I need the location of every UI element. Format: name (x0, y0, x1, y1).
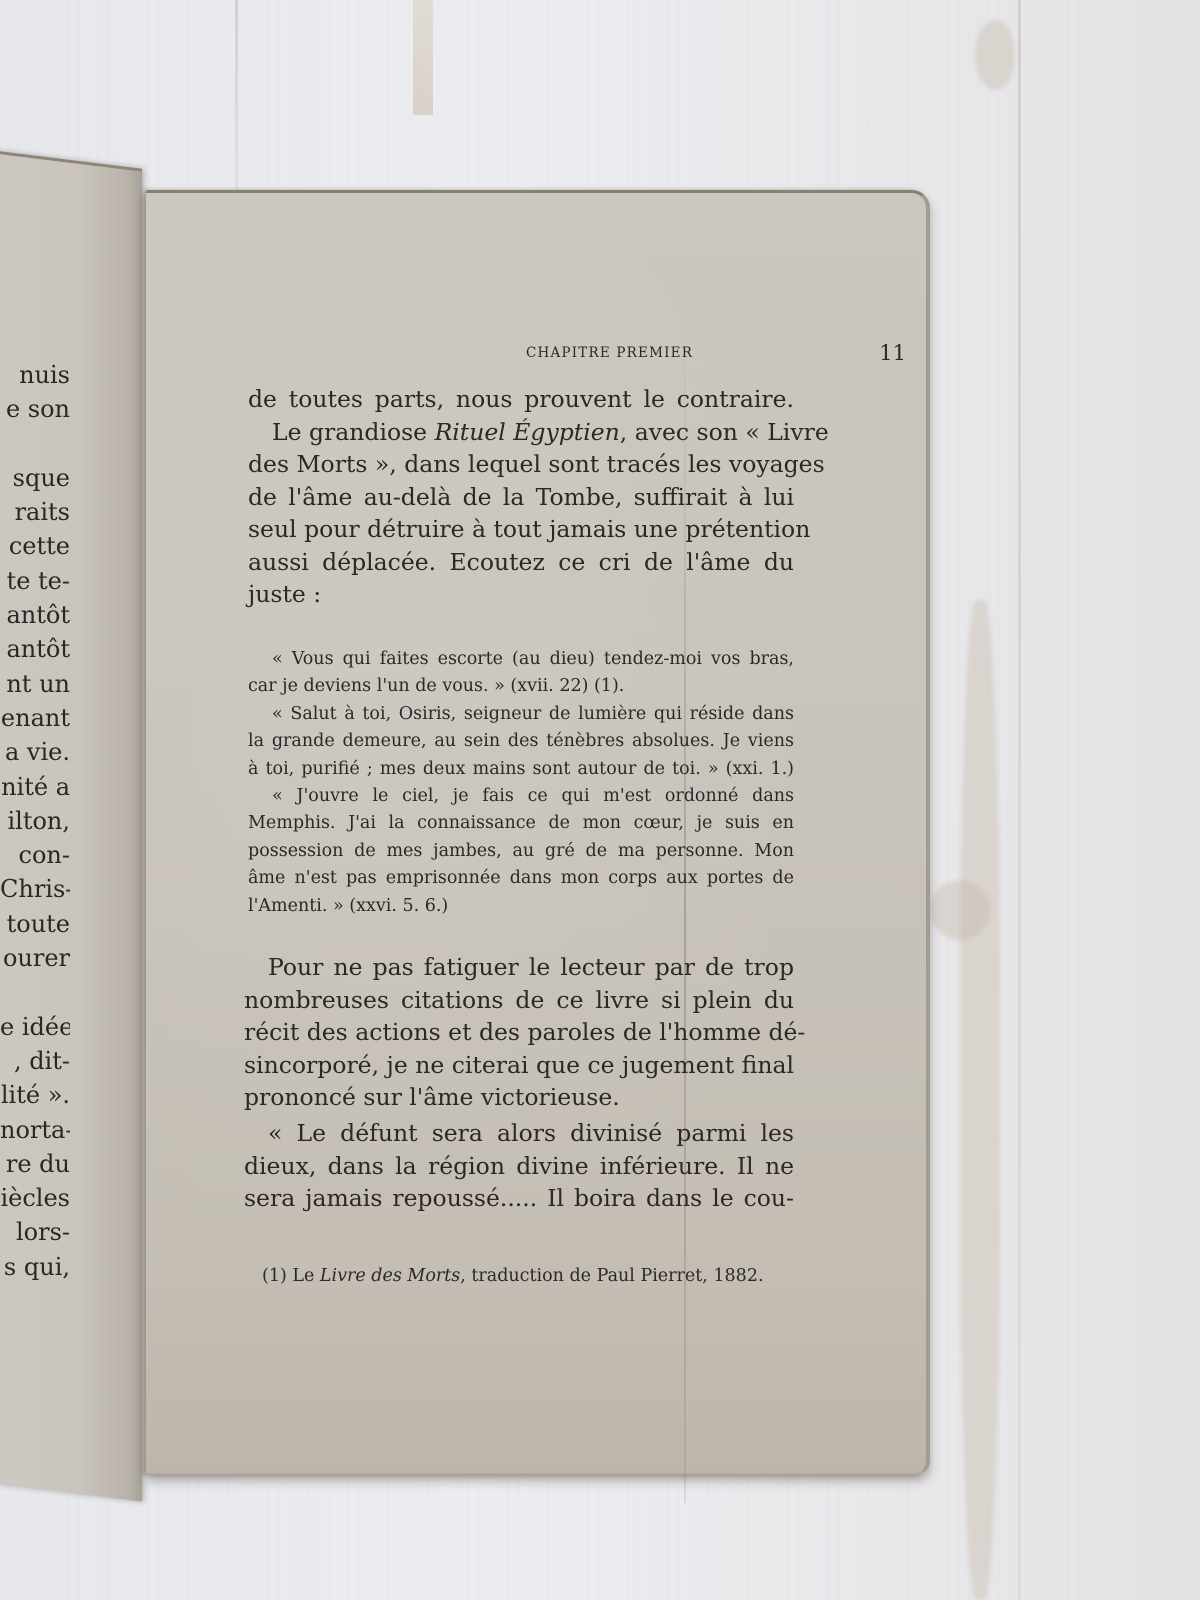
left-line: lité ». (0, 1078, 70, 1112)
text-line: « Le défunt sera alors divinisé parmi le… (244, 1117, 794, 1150)
italic-title-rituel-egyptien: Rituel Égyptien (435, 418, 620, 446)
text-line: de l'âme au-delà de la Tombe, suffirait … (248, 481, 794, 514)
text-line: seul pour détruire à tout jamais une pré… (248, 513, 794, 546)
left-line: nuis (0, 358, 70, 392)
left-page-text-fragments: nuis e son sque raits cette te te- antôt… (0, 358, 70, 1284)
left-line: toute (0, 907, 70, 941)
page-number: 11 (879, 341, 906, 365)
quote-line: car je deviens l'un de vous. » (xvii. 22… (248, 673, 794, 700)
quote-line: « J'ouvre le ciel, je fais ce qui m'est … (248, 783, 794, 810)
text-line: sera jamais repoussé..... Il boira dans … (244, 1182, 794, 1215)
left-line-gap (0, 427, 70, 461)
left-line: re du (0, 1147, 70, 1181)
paragraph-judgement-quote: « Le défunt sera alors divinisé parmi le… (244, 1117, 794, 1215)
left-line-gap (0, 975, 70, 1009)
text-span: , avec son « Livre (620, 418, 829, 446)
text-line: des Morts », dans lequel sont tracés les… (248, 448, 794, 481)
left-line: s qui, (0, 1250, 70, 1284)
wood-plank-seam (1018, 0, 1021, 1600)
footnote-marker: (1) Le (262, 1266, 320, 1286)
text-line: prononcé sur l'âme victorieuse. (244, 1081, 794, 1114)
wood-knot (413, 0, 433, 115)
left-line: , dit- (0, 1044, 70, 1078)
left-line: raits (0, 495, 70, 529)
left-line: antôt (0, 598, 70, 632)
quote-line: possession de mes jambes, au gré de ma p… (248, 838, 794, 865)
left-line: a vie. (0, 735, 70, 769)
left-line: cette (0, 529, 70, 563)
right-book-page: CHAPITRE PREMIER 11 de toutes parts, nou… (146, 190, 930, 1475)
running-head: CHAPITRE PREMIER 11 (246, 341, 936, 365)
paragraph-citations: Pour ne pas fatiguer le lecteur par de t… (244, 951, 794, 1114)
text-line: dieux, dans la région divine inférieure.… (244, 1150, 794, 1183)
text-line: de toutes parts, nous prouvent le contra… (248, 383, 794, 416)
quote-line: à toi, purifié ; mes deux mains sont aut… (248, 756, 794, 783)
text-span: Le grandiose (272, 418, 435, 446)
footnote-text: , traduction de Paul Pierret, 1882. (460, 1266, 763, 1286)
left-line: lors- (0, 1215, 70, 1249)
wood-grain (960, 600, 1000, 1600)
footnote-italic-title: Livre des Morts (320, 1266, 460, 1286)
left-line: nité a (0, 770, 70, 804)
left-line: con- (0, 838, 70, 872)
text-line-with-italic: Le grandiose Rituel Égyptien, avec son «… (248, 416, 794, 449)
quote-line: âme n'est pas emprisonnée dans mon corps… (248, 865, 794, 892)
left-line: iècles (0, 1181, 70, 1215)
wood-grain (930, 880, 990, 940)
quotation-block: « Vous qui faites escorte (au dieu) tend… (248, 646, 794, 920)
left-line: e son (0, 392, 70, 426)
footnote: (1) Le Livre des Morts, traduction de Pa… (262, 1266, 764, 1286)
quote-line: la grande demeure, au sein des ténèbres … (248, 728, 794, 755)
text-line: juste : (248, 578, 794, 611)
chapter-title: CHAPITRE PREMIER (526, 345, 693, 361)
wood-plank-seam (235, 0, 238, 190)
left-line: e idée (0, 1010, 70, 1044)
left-line: Chris- (0, 872, 70, 906)
text-line: aussi déplacée. Ecoutez ce cri de l'âme … (248, 546, 794, 579)
text-line: sincorporé, je ne citerai que ce jugemen… (244, 1049, 794, 1082)
left-line: antôt (0, 632, 70, 666)
left-line: nt un (0, 667, 70, 701)
text-line: récit des actions et des paroles de l'ho… (244, 1016, 794, 1049)
left-line: te te- (0, 564, 70, 598)
wood-grain (975, 20, 1015, 90)
quote-line: l'Amenti. » (xxvi. 5. 6.) (248, 893, 794, 920)
quote-line: « Salut à toi, Osiris, seigneur de lumiè… (248, 701, 794, 728)
left-line: ilton, (0, 804, 70, 838)
left-line: ourer (0, 941, 70, 975)
text-line: nombreuses citations de ce livre si plei… (244, 984, 794, 1017)
left-line: sque (0, 461, 70, 495)
opening-paragraphs: de toutes parts, nous prouvent le contra… (248, 383, 794, 611)
quote-line: « Vous qui faites escorte (au dieu) tend… (248, 646, 794, 673)
left-line: enant (0, 701, 70, 735)
left-line: norta- (0, 1113, 70, 1147)
text-line: Pour ne pas fatiguer le lecteur par de t… (244, 951, 794, 984)
quote-line: Memphis. J'ai la connaissance de mon cœu… (248, 810, 794, 837)
